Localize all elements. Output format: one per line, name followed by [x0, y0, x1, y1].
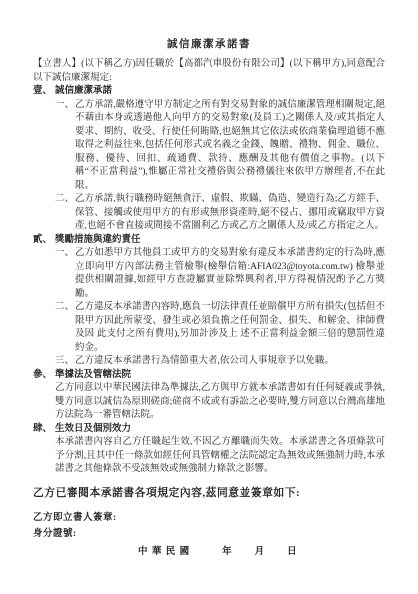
- section-rewards-liability: 貳、 獎勵措施與違約責任 一、 乙方如悉甲方其他員工或甲方的交易對象有違反本承諾…: [33, 234, 385, 369]
- section-heading: 貳、 獎勵措施與違約責任: [33, 234, 385, 248]
- month-label: 月: [255, 546, 266, 560]
- item-number: 二、: [55, 193, 75, 234]
- item-number: 一、: [55, 99, 75, 194]
- item-number: 一、: [55, 247, 75, 301]
- section-number: 貳、: [33, 234, 55, 248]
- section-heading: 參、 準據法及管轄法院: [33, 369, 385, 383]
- year-label: 年: [222, 546, 233, 560]
- item-text: 乙方違反本承諾書內容時,應負一切法律責任並賠償甲方所有損失(包括但不限甲方因此所…: [75, 301, 385, 355]
- item-text: 乙方違反本承諾書行為情節重大者,依公司人事規章予以免職。: [75, 355, 385, 369]
- section-heading: 壹、 誠信廉潔承諾: [33, 85, 385, 99]
- section-governing-law: 參、 準據法及管轄法院 乙方同意以中華民國法律為準據法,乙方與甲方就本承諾書如有…: [33, 369, 385, 423]
- id-number-label: 身分證號:: [33, 528, 385, 542]
- section-title: 準據法及管轄法院: [55, 369, 385, 383]
- list-item: 三、 乙方違反本承諾書行為情節重大者,依公司人事規章予以免職。: [33, 355, 385, 369]
- document-page: 誠信廉潔承諾書 【立書人】(以下稱乙方)因任職於【高都汽車股份有限公司】(以下稱…: [0, 0, 418, 594]
- date-line: 中 華 民 國 年 月 日: [138, 546, 385, 560]
- list-item: 二、 乙方承諾,執行職務時絕無貪汙、虛假、欺瞞、偽造、變造行為;乙方經手、保管、…: [33, 193, 385, 234]
- list-item: 二、 乙方違反本承諾書內容時,應負一切法律責任並賠償甲方所有損失(包括但不限甲方…: [33, 301, 385, 355]
- closing-statement: 乙方已審閱本承諾書各項規定內容,茲同意並簽章如下:: [33, 486, 385, 501]
- section-title: 誠信廉潔承諾: [55, 85, 385, 99]
- section-number: 壹、: [33, 85, 55, 99]
- item-text: 乙方如悉甲方其他員工或甲方的交易對象有違反本承諾書約定的行為時,應立即向甲方內部…: [75, 247, 385, 301]
- signer-signature-label: 乙方即立書人簽章:: [33, 512, 385, 526]
- section-effective-date: 肆、 生效日及個別效力 本承諾書內容自乙方任職起生效,不因乙方離職而失效。本承諾…: [33, 423, 385, 477]
- list-item: 一、 乙方承諾,嚴格遵守甲方制定之所有對交易對象的誠信廉潔管理相關規定,絕不藉由…: [33, 99, 385, 194]
- item-text: 乙方承諾,嚴格遵守甲方制定之所有對交易對象的誠信廉潔管理相關規定,絕不藉由本身或…: [75, 99, 385, 194]
- section-number: 肆、: [33, 423, 55, 437]
- section-title: 生效日及個別效力: [55, 423, 385, 437]
- item-text: 乙方承諾,執行職務時絕無貪汙、虛假、欺瞞、偽造、變造行為;乙方經手、保管、接觸或…: [75, 193, 385, 234]
- section-integrity-pledge: 壹、 誠信廉潔承諾 一、 乙方承諾,嚴格遵守甲方制定之所有對交易對象的誠信廉潔管…: [33, 85, 385, 234]
- roc-era-label: 中 華 民 國: [138, 546, 190, 560]
- list-item: 一、 乙方如悉甲方其他員工或甲方的交易對象有違反本承諾書約定的行為時,應立即向甲…: [33, 247, 385, 301]
- section-title: 獎勵措施與違約責任: [55, 234, 385, 248]
- intro-paragraph: 【立書人】(以下稱乙方)因任職於【高都汽車股份有限公司】(以下稱甲方),同意配合…: [33, 58, 385, 85]
- section-body: 本承諾書內容自乙方任職起生效,不因乙方離職而失效。本承諾書之各項條款可予分割,且…: [55, 436, 385, 477]
- page-title: 誠信廉潔承諾書: [33, 38, 385, 52]
- section-body: 乙方同意以中華民國法律為準據法,乙方與甲方就本承諾書如有任何疑義或爭執,雙方同意…: [55, 382, 385, 423]
- section-heading: 肆、 生效日及個別效力: [33, 423, 385, 437]
- item-number: 二、: [55, 301, 75, 355]
- item-number: 三、: [55, 355, 75, 369]
- section-number: 參、: [33, 369, 55, 383]
- day-label: 日: [287, 546, 298, 560]
